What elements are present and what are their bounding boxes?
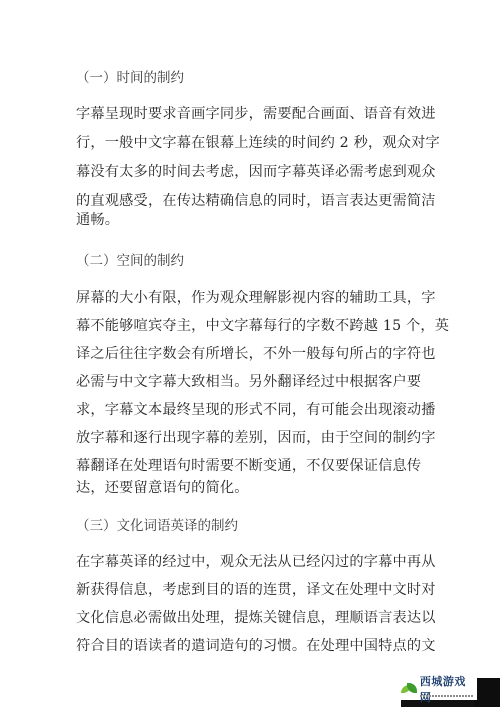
- paragraph-line: 幕翻译在处理语句时需要不断变通，不仅要保证信息传: [76, 455, 416, 475]
- paragraph-line: 字幕呈现时要求音画字同步，需要配合画面、语音有效进: [76, 103, 416, 123]
- paragraph-line: 必需与中文字幕大致相当。另外翻译经过中根据客户要: [76, 371, 416, 391]
- section-heading-time: （一）时间的制约: [76, 66, 184, 86]
- paragraph-line: 的直观感受，在传达精确信息的同时，语言表达更需简洁: [76, 190, 416, 210]
- section-heading-space: （二）空间的制约: [76, 249, 184, 269]
- paragraph-line: 文化信息必需做出处理，提炼关键信息，理顺语言表达以: [76, 607, 416, 627]
- leaf-logo-icon: [401, 683, 417, 695]
- paragraph-line: 幕没有太多的时间去考虑，因而字幕英译必需考虑到观众: [76, 161, 416, 181]
- paragraph-line: 译之后往往字数会有所增长，不外一般每句所占的字符也: [76, 343, 416, 363]
- paragraph-line: 行，一般中文字幕在银幕上连续的时间约 2 秒，观众对字: [76, 132, 416, 152]
- paragraph-line: 新获得信息，考虑到目的语的连贯，译文在处理中文时对: [76, 579, 416, 599]
- section-heading-culture: （三）文化词语英译的制约: [76, 514, 238, 534]
- paragraph-line: 通畅。: [76, 209, 416, 229]
- watermark-subtext-line: [420, 695, 474, 697]
- watermark-text: 西城游戏网: [420, 673, 477, 705]
- paragraph-line: 幕不能够喧宾夺主，中文字幕每行的字数不跨越 15 个，英: [76, 315, 416, 335]
- watermark: 西城游戏网: [401, 678, 477, 700]
- paragraph-line: 求，字幕文本最终呈现的形式不同，有可能会出现滚动播: [76, 399, 416, 419]
- paragraph-line: 放字幕和逐行出现字幕的差别，因而，由于空间的制约字: [76, 427, 416, 447]
- paragraph-line: 达，还要留意语句的简化。: [76, 477, 416, 497]
- paragraph-line: 在字幕英译的经过中，观众无法从已经闪过的字幕中再从: [76, 551, 416, 571]
- paragraph-line: 屏幕的大小有限，作为观众理解影视内容的辅助工具，字: [76, 287, 416, 307]
- paragraph-line: 符合目的语读者的遣词造句的习惯。在处理中国特点的文: [76, 635, 416, 655]
- watermark-dark-bar: [474, 678, 500, 707]
